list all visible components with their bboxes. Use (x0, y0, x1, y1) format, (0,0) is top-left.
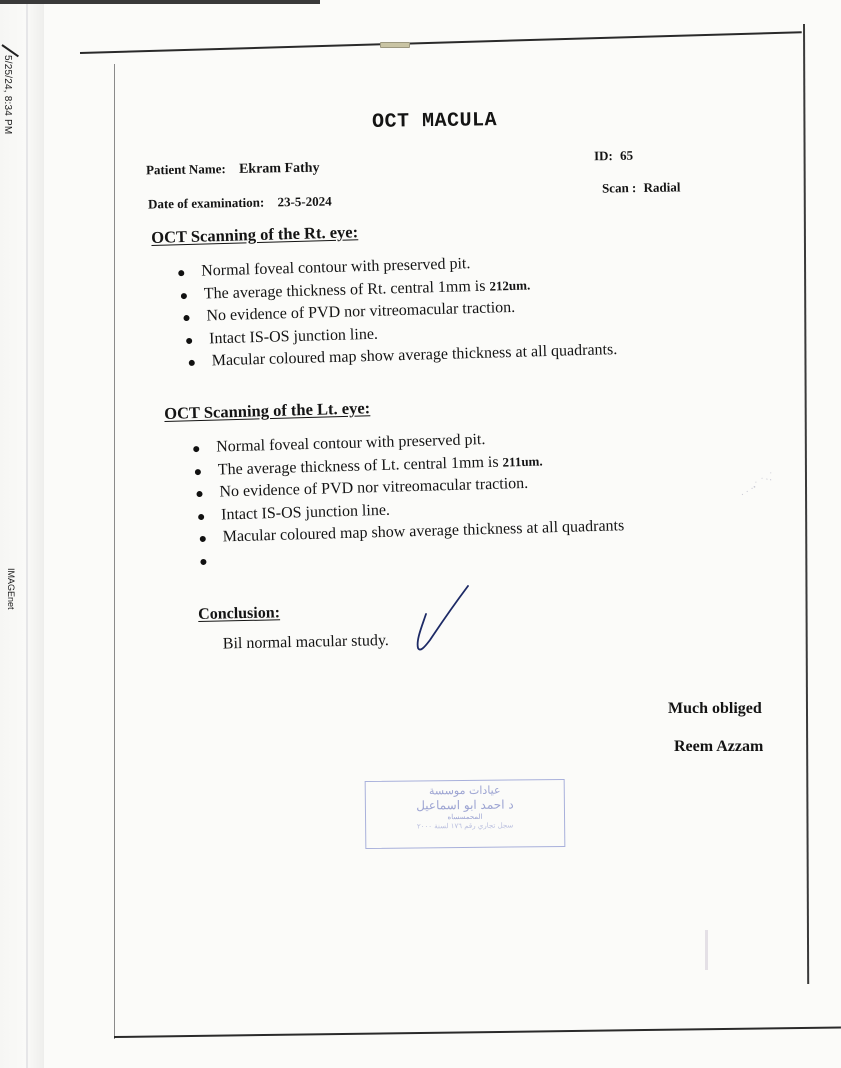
scan-type-label: Scan : (602, 180, 637, 196)
stamp-line-1: عيادات موسسة (366, 783, 564, 798)
patient-name-value: Ekram Fathy (239, 161, 320, 177)
conclusion-heading: Conclusion: (198, 602, 388, 624)
oct-report-document: OCT MACULA Patient Name: Ekram Fathy Dat… (0, 0, 841, 1068)
left-eye-findings: Normal foveal contour with preserved pit… (165, 425, 625, 572)
patient-id-label: ID: (594, 148, 613, 163)
stamp-line-2: د احمد ابو اسماعيل (366, 797, 564, 813)
patient-id-value: 65 (620, 148, 633, 163)
conclusion-text: Bil normal macular study. (223, 632, 389, 653)
right-eye-section: OCT Scanning of the Rt. eye: Normal fove… (151, 215, 618, 374)
scan-type-field: Scan : Radial (602, 179, 681, 196)
stamp-line-4: سجل تجاري رقم ١٧٦ لسنة ٢٠٠٠ (366, 821, 564, 831)
left-eye-section: OCT Scanning of the Lt. eye: Normal fove… (164, 391, 625, 572)
report-title: OCT MACULA (372, 109, 497, 134)
doctor-name: Reem Azzam (674, 738, 763, 756)
right-central-thickness: 212um. (489, 277, 530, 293)
left-eye-heading: OCT Scanning of the Lt. eye: (164, 391, 621, 424)
faint-bleed-through-mark: · · ·ꞏ˙ ˙·.˙ (738, 469, 778, 501)
patient-id-field: ID: 65 (594, 148, 633, 165)
left-central-thickness: 211um. (502, 453, 542, 469)
faint-smudge-mark (705, 930, 708, 970)
closing-text: Much obliged (668, 700, 762, 718)
scan-type-value: Radial (643, 179, 680, 195)
exam-date-label: Date of examination: (148, 195, 264, 212)
exam-date-value: 23-5-2024 (277, 194, 331, 210)
handwritten-check-icon (412, 584, 472, 654)
exam-date-field: Date of examination: 23-5-2024 (148, 194, 332, 213)
clinic-stamp: عيادات موسسة د احمد ابو اسماعيل المحمسسا… (365, 779, 566, 849)
patient-name-field: Patient Name: Ekram Fathy (146, 160, 320, 180)
conclusion-section: Conclusion: Bil normal macular study. (198, 602, 389, 654)
patient-name-label: Patient Name: (146, 161, 226, 177)
right-eye-heading: OCT Scanning of the Rt. eye: (151, 215, 614, 248)
right-eye-findings: Normal foveal contour with preserved pit… (152, 249, 618, 374)
